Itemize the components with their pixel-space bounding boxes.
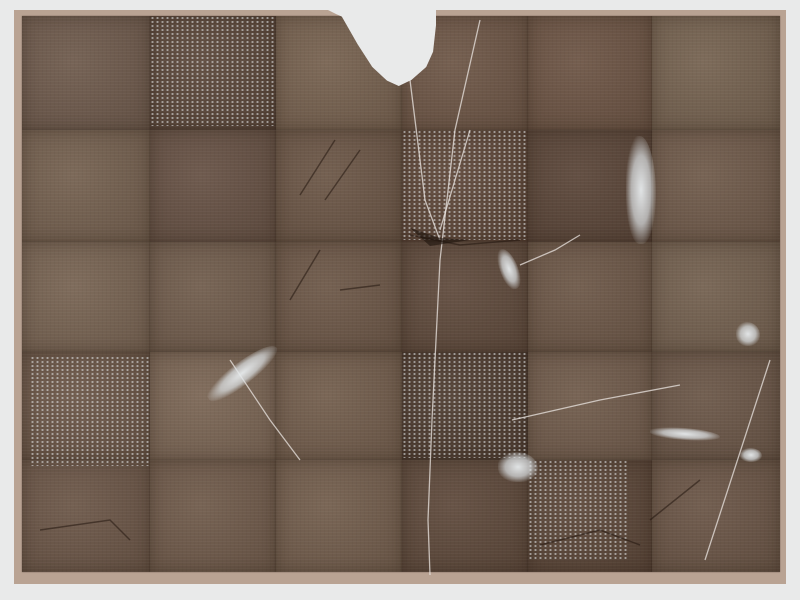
white-abrasion [736,322,760,346]
white-abrasion [740,448,762,462]
cracks-layer [0,0,800,600]
white-abrasion [498,452,538,482]
artwork-photo [0,0,800,600]
